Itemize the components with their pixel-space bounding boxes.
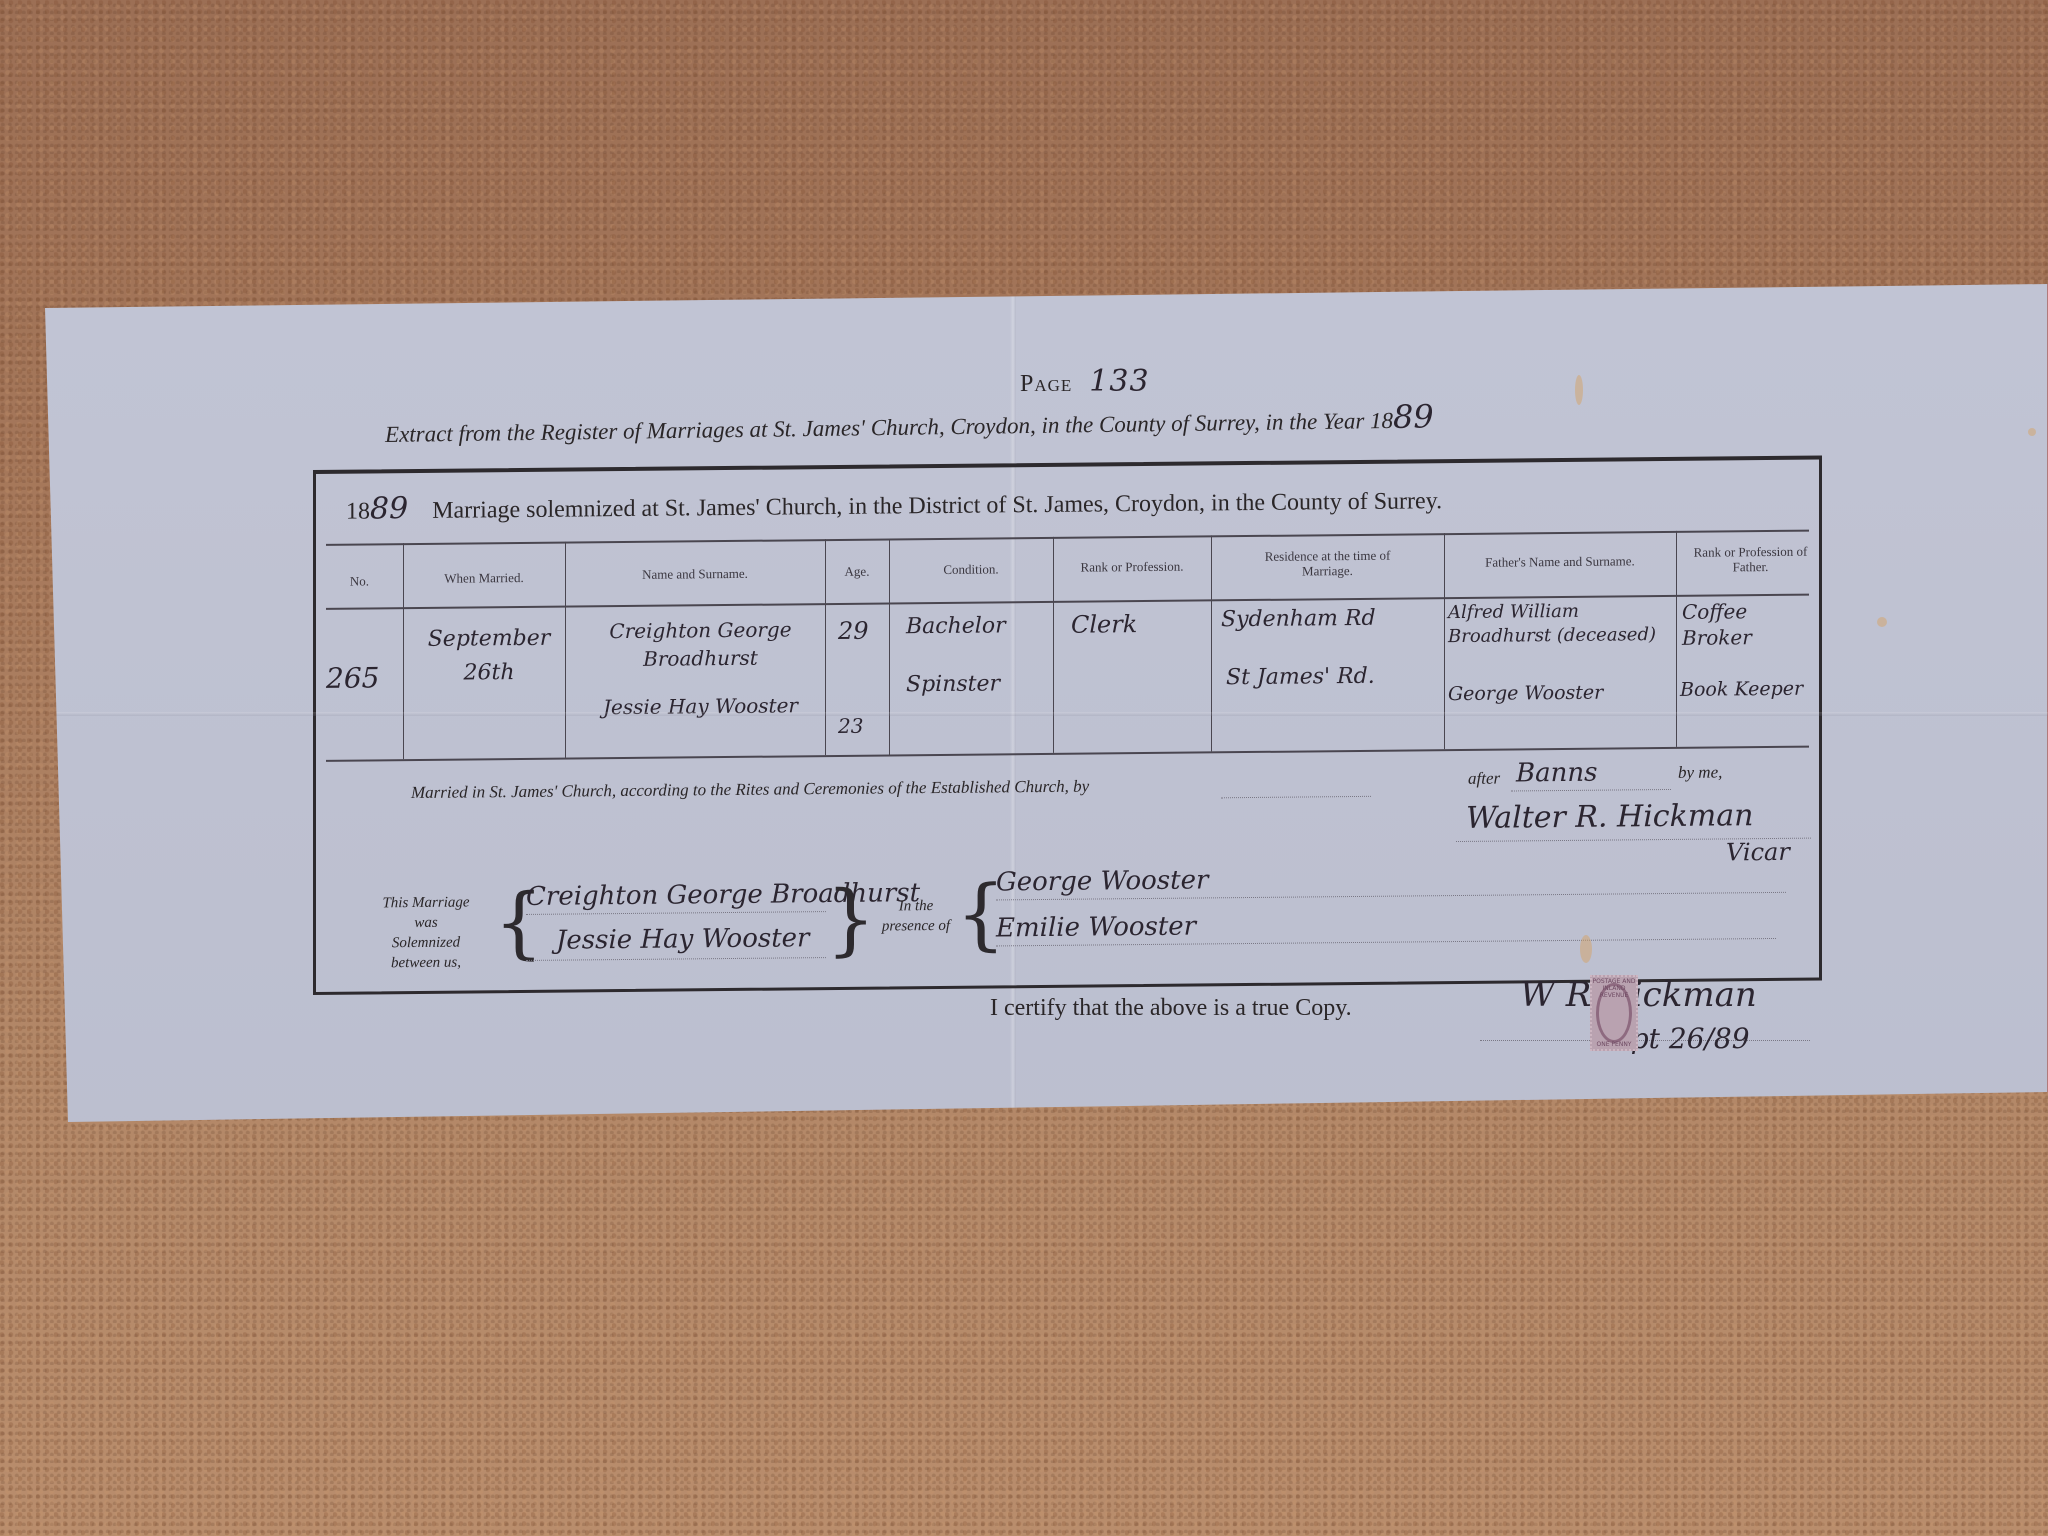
groom-father-name: Alfred William Broadhurst (deceased) bbox=[1448, 599, 1673, 649]
register-title: 1889 Marriage solemnized at St. James' C… bbox=[346, 481, 1442, 527]
extract-year-handwritten: 89 bbox=[1393, 397, 1434, 436]
foxing-stain bbox=[1575, 375, 1583, 405]
certifier-signature: W R Hickman bbox=[1520, 975, 1757, 1015]
bride-condition: Spinster bbox=[906, 671, 1000, 697]
column-header-name: Name and Surname. bbox=[565, 565, 825, 582]
witness-1-signature: George Wooster bbox=[996, 865, 1208, 897]
bride-age: 23 bbox=[838, 714, 863, 738]
groom-profession: Clerk bbox=[1071, 610, 1137, 639]
stamp-bottom-text: ONE PENNY bbox=[1592, 1041, 1636, 1048]
party-bride-signature: Jessie Hay Wooster bbox=[556, 923, 809, 955]
witnesses-label: In the presence of bbox=[876, 896, 956, 937]
officiant-signature: Walter R. Hickman bbox=[1466, 798, 1753, 836]
column-header-condition: Condition. bbox=[889, 561, 1053, 578]
witness-2-signature: Emilie Wooster bbox=[996, 912, 1196, 944]
stamp-top-text: POSTAGE AND INLAND REVENUE bbox=[1592, 978, 1636, 999]
certification-text: I certify that the above is a true Copy. bbox=[990, 995, 1352, 1022]
party-dotted-line bbox=[526, 957, 826, 961]
party-dotted-line bbox=[526, 911, 826, 915]
by-dotted-line bbox=[1221, 796, 1371, 798]
header-top-rule bbox=[326, 530, 1809, 546]
groom-residence: Sydenham Rd bbox=[1221, 606, 1376, 632]
foxing-stain bbox=[2028, 428, 2036, 436]
solemnized-label-line: Solemnized bbox=[356, 932, 496, 953]
column-header-father-profession: Rank or Profession of Father. bbox=[1676, 543, 1825, 574]
groom-name: Creighton George Broadhurst bbox=[578, 615, 823, 673]
column-header-residence: Residence at the time of Marriage. bbox=[1211, 547, 1444, 579]
solemnized-label-line: This Marriage bbox=[356, 892, 496, 913]
column-header-age: Age. bbox=[825, 563, 889, 579]
register-title-text: Marriage solemnized at St. James' Church… bbox=[432, 488, 1442, 524]
column-header-no: No. bbox=[316, 573, 403, 589]
solemnized-label-line: between us, bbox=[356, 952, 496, 973]
foxing-stain bbox=[1877, 617, 1887, 627]
extract-heading-text: Extract from the Register of Marriages a… bbox=[385, 408, 1393, 447]
groom-condition: Bachelor bbox=[906, 613, 1006, 639]
entry-date: September 26th bbox=[414, 622, 564, 691]
bride-father-profession: Book Keeper bbox=[1680, 678, 1803, 701]
groom-age: 29 bbox=[838, 617, 869, 645]
register-entry-table: 1889 Marriage solemnized at St. James' C… bbox=[313, 456, 1822, 995]
column-header-father-name: Father's Name and Surname. bbox=[1444, 553, 1676, 570]
after-banns: Banns bbox=[1516, 758, 1597, 789]
column-header-when-married: When Married. bbox=[403, 570, 565, 587]
entry-number: 265 bbox=[326, 661, 379, 695]
bride-residence: St James' Rd. bbox=[1226, 664, 1375, 690]
column-header-profession: Rank or Profession. bbox=[1053, 558, 1211, 575]
page-heading: Page 133 bbox=[1020, 364, 1150, 399]
married-clause-text: Married in St. James' Church, according … bbox=[411, 777, 1089, 804]
register-year-handwritten: 89 bbox=[370, 491, 408, 526]
officiant-title: Vicar bbox=[1726, 838, 1790, 867]
revenue-stamp: POSTAGE AND INLAND REVENUE ONE PENNY bbox=[1590, 975, 1638, 1051]
extract-heading: Extract from the Register of Marriages a… bbox=[385, 397, 1434, 450]
solemnized-label-line: was bbox=[356, 912, 496, 933]
page-number: 133 bbox=[1089, 364, 1149, 399]
bride-father-name: George Wooster bbox=[1448, 682, 1603, 705]
banns-dotted-line bbox=[1511, 789, 1671, 792]
page-label: Page bbox=[1020, 371, 1072, 397]
bride-name: Jessie Hay Wooster bbox=[578, 691, 823, 721]
witnesses-label-line: In the bbox=[876, 896, 956, 917]
register-year-prefix: 18 bbox=[346, 498, 370, 524]
groom-father-profession: Coffee Broker bbox=[1682, 598, 1822, 651]
foxing-stain bbox=[1580, 935, 1592, 963]
marriage-certificate-paper: Page 133 Extract from the Register of Ma… bbox=[0, 0, 2048, 1536]
witnesses-label-line: presence of bbox=[876, 916, 956, 937]
right-brace-icon: } bbox=[826, 881, 876, 959]
by-me-label: by me, bbox=[1678, 762, 1722, 782]
solemnized-between-label: This Marriage was Solemnized between us, bbox=[356, 892, 496, 973]
after-label: after bbox=[1468, 769, 1500, 789]
